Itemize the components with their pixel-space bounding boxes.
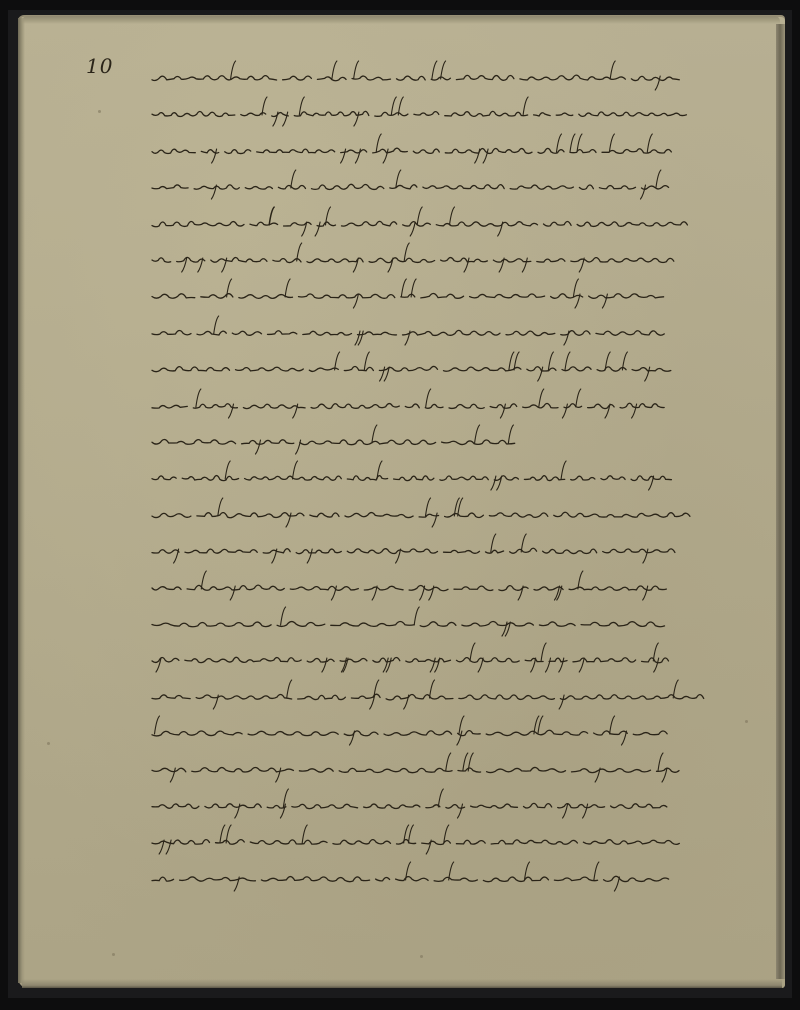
line-transcription: geblieben. Und so schreitet denn die Ges… [150, 100, 675, 118]
handwritten-line: der Erkenntniß fehlen, läßt sich kein Ba… [150, 568, 770, 602]
line-transcription: tige Entwicklung der Völker. Um eine sol… [150, 501, 604, 519]
handwritten-line: zu werden, versperrt. – Ja, wäre selbst … [150, 859, 770, 893]
handwritten-line: Priester erhalten die Völker in Dummheit… [150, 713, 770, 747]
line-transcription: sie angebetet und gefürchtet u. bedient … [150, 756, 543, 774]
handwritten-line: Befreiern, daß sie zu Tugend und Erkennt… [150, 204, 770, 238]
page-binding-gutter [776, 24, 785, 979]
line-transcription: Priester erhalten die Völker in Dummheit… [150, 719, 531, 737]
handwritten-line: Gebrauch machen, der sie selbst veredle,… [150, 349, 770, 383]
line-transcription: Volkes nur dieselbe Stufe, wo ihm die Au… [150, 828, 596, 846]
handwritten-line: Die letzte, entfernteste Folge jener Kri… [150, 458, 770, 492]
handwritten-line: sie angebetet und gefürchtet u. bedient … [150, 750, 770, 784]
handwritten-line: aufführen. Wenn verehrt der Tyrann die Z… [150, 604, 770, 638]
handwritten-line: u. zum Gesetz die Völker führen, nicht a… [150, 240, 770, 274]
page-top-edge [22, 16, 780, 24]
handwritten-line: war Freiheit das erste Bedingniß. Denn w… [150, 531, 770, 565]
line-transcription: keit und neuen Tyrannei; – sagt endlich … [150, 282, 540, 300]
line-transcription: ten, daß sie von ihrer frei gewordenen K… [150, 319, 581, 337]
line-transcription: u. zum Gesetz die Völker führen, nicht a… [150, 246, 600, 264]
line-transcription: der Erkenntniß fehlen, läßt sich kein Ba… [150, 574, 586, 592]
handwritten-line: keit üben, und die Tugenden der Einzelne… [150, 167, 770, 201]
paper-speck [47, 742, 50, 745]
line-transcription: Gebrauch machen, der sie selbst veredle,… [150, 355, 598, 373]
handwritten-line: keit und neuen Tyrannei; – sagt endlich … [150, 276, 770, 310]
page-left-edge [18, 18, 25, 983]
line-transcription: zur Wissenschaft, auf daß sie nicht wirk… [150, 646, 626, 664]
line-transcription: aufführen. Wenn verehrt der Tyrann die Z… [150, 610, 526, 628]
paper-speck [745, 720, 748, 723]
line-transcription: eine glückliche Kraft die Fesseln zerbre… [150, 683, 616, 701]
handwritten-line: fall ihrer Staaten verzögere, – je mehr … [150, 386, 770, 420]
handwritten-line: ausgeblieben, und der sind nur so wieder… [150, 58, 770, 92]
handwritten-line: Volkes nur dieselbe Stufe, wo ihm die Au… [150, 822, 770, 856]
paper-speck [98, 110, 101, 113]
handwritten-line: drückung haben verschlummern müssen. [150, 422, 770, 456]
line-transcription: Tagen zu dem Menschen, und sagt den Mäch… [150, 137, 666, 155]
line-transcription: fall ihrer Staaten verzögere, – je mehr … [150, 392, 609, 410]
handwritten-line: lange Israel in Ägypten lebte, – so lang… [150, 786, 770, 820]
handwritten-line: zur Wissenschaft, auf daß sie nicht wirk… [150, 640, 770, 674]
handwritten-line: geblieben. Und so schreitet denn die Ges… [150, 94, 770, 128]
line-transcription: keit üben, und die Tugenden der Einzelne… [150, 173, 622, 191]
paper-speck [112, 953, 115, 956]
handwritten-line: eine glückliche Kraft die Fesseln zerbre… [150, 677, 770, 711]
paper-speck [420, 955, 423, 958]
line-transcription: drückung haben verschlummern müssen. [150, 428, 465, 446]
line-transcription: Befreiern, daß sie zu Tugend und Erkennt… [150, 210, 634, 228]
page-number: 10 [86, 54, 113, 78]
line-transcription: Die letzte, entfernteste Folge jener Kri… [150, 464, 637, 482]
line-transcription: lange Israel in Ägypten lebte, – so lang… [150, 792, 582, 810]
line-transcription: ausgeblieben, und der sind nur so wieder… [150, 64, 613, 82]
handwritten-line: ten, daß sie von ihrer frei gewordenen K… [150, 313, 770, 347]
line-transcription: zu werden, versperrt. – Ja, wäre selbst … [150, 865, 541, 883]
handwritten-line: Tagen zu dem Menschen, und sagt den Mäch… [150, 131, 770, 165]
page-bottom-edge [22, 979, 782, 988]
handwritten-line: tige Entwicklung der Völker. Um eine sol… [150, 495, 770, 529]
line-transcription: war Freiheit das erste Bedingniß. Denn w… [150, 537, 636, 555]
